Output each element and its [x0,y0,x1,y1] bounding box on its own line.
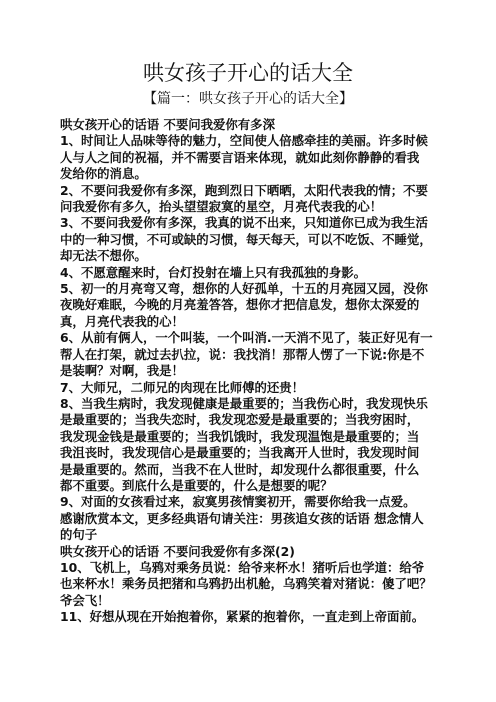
body-line: 6、从前有俩人，一个叫装，一个叫消.一天消不见了，装正好见有一 [60,330,438,346]
body-line: 10、飞机上，乌鸦对乘务员说：给爷来杯水！猪听后也学道：给爷 [60,560,438,576]
document-body: 哄女孩开心的话语 不要问我爱你有多深 1、时间让人品味等待的魅力，空间使人倍感牵… [60,117,438,626]
body-line: 爷会飞！ [60,593,438,609]
document-subtitle: 【篇一：哄女孩子开心的话大全】 [0,89,496,109]
body-line: 感谢欣赏本文，更多经典语句请关注：男孩追女孩的话语 想念情人 [60,511,438,527]
body-line: 8、当我生病时，我发现健康是最重要的；当我伤心时，我发现快乐 [60,396,438,412]
body-line: 5、初一的月亮弯又弯，想你的人好孤单，十五的月亮园又园，没你 [60,281,438,297]
body-line: 是最重要的；当我失恋时，我发现恋爱是最重要的；当我穷困时， [60,412,438,428]
body-line: 夜晚好难眠，今晚的月亮羞答答，想你才把信息发，想你太深爱的 [60,297,438,313]
body-line: 3、不要问我爱你有多深，我真的说不出来，只知道你已成为我生活 [60,215,438,231]
body-line: 是装啊？对啊，我是！ [60,363,438,379]
body-line: 我发现金钱是最重要的；当我饥饿时，我发现温饱是最重要的；当 [60,429,438,445]
body-line: 中的一种习惯，不可或缺的习惯，每天每天，可以不吃饭、不睡觉， [60,232,438,248]
section-heading: 哄女孩开心的话语 不要问我爱你有多深(2) [60,544,438,560]
body-line: 都不重要。到底什么是重要的，什么是想要的呢？ [60,478,438,494]
body-line: 问我爱你有多久，抬头望望寂寞的星空，月亮代表我的心！ [60,199,438,215]
body-line: 却无法不想你。 [60,248,438,264]
body-line: 我沮丧时，我发现信心是最重要的；当我离开人世时，我发现时间 [60,445,438,461]
body-line: 真，月亮代表我的心！ [60,314,438,330]
section-heading: 哄女孩开心的话语 不要问我爱你有多深 [60,117,438,133]
body-line: 2、不要问我爱你有多深，跑到烈日下晒晒，太阳代表我的情；不要 [60,183,438,199]
body-line: 发给你的消息。 [60,166,438,182]
body-line: 人与人之间的祝福，并不需要言语来体现，就如此刻你静静的看我 [60,150,438,166]
body-line: 是最重要的。然而，当我不在人世时，却发现什么都很重要，什么 [60,462,438,478]
document-page: 哄女孩子开心的话大全 【篇一：哄女孩子开心的话大全】 哄女孩开心的话语 不要问我… [0,0,496,702]
body-line: 1、时间让人品味等待的魅力，空间使人倍感牵挂的美丽。许多时候 [60,133,438,149]
body-line: 9、对面的女孩看过来，寂寞男孩情窦初开，需要你给我一点爱。 [60,494,438,510]
body-line: 也来杯水！乘务员把猪和乌鸦扔出机舱，乌鸦笑着对猪说：傻了吧？ [60,576,438,592]
body-line: 帮人在打架，就过去扒拉，说：我找消！那帮人愣了一下说:你是不 [60,347,438,363]
body-line: 11、好想从现在开始抱着你，紧紧的抱着你，一直走到上帝面前。 [60,609,438,625]
body-line: 7、大师兄，二师兄的肉现在比师傅的还贵！ [60,380,438,396]
body-line: 的句子 [60,527,438,543]
body-line: 4、不愿意醒来时，台灯投射在墙上只有我孤独的身影。 [60,265,438,281]
document-title: 哄女孩子开心的话大全 [0,59,496,87]
